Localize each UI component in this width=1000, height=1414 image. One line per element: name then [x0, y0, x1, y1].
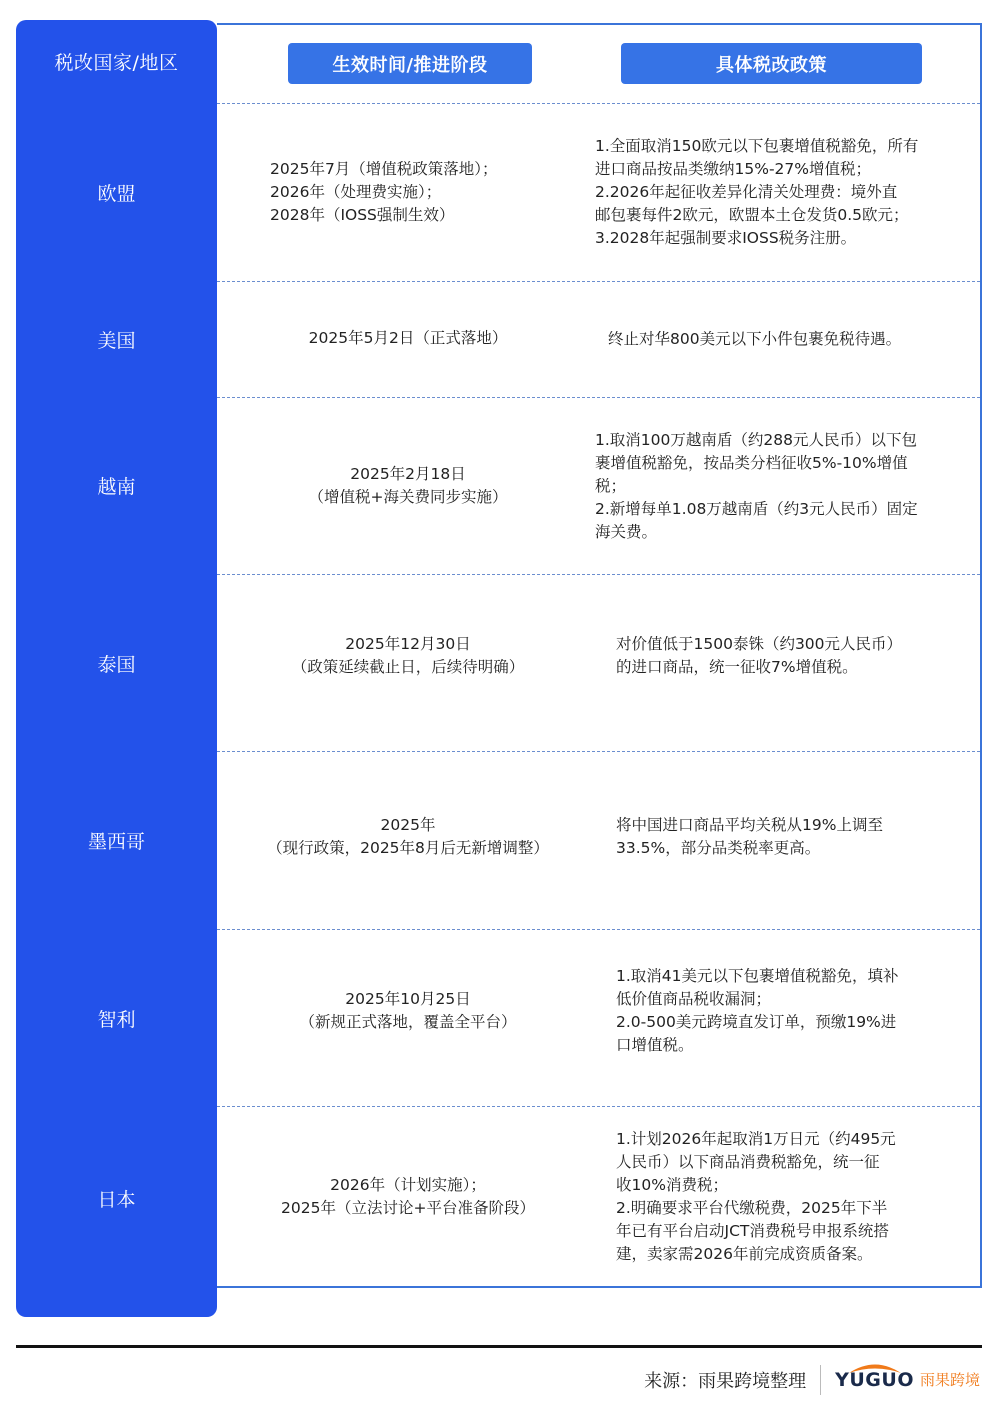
japan-time-cell: 2026年（计划实施）； 2025年（立法讨论+平台准备阶段）	[218, 1107, 598, 1287]
time-line: 2025年7月（增值税政策落地）；	[270, 158, 498, 181]
policy-line: 将中国进口商品平均关税从19%上调至	[616, 814, 976, 837]
policy-column-header: 具体税改政策	[621, 43, 922, 84]
policy-line: 人民币）以下商品消费税豁免，统一征	[616, 1151, 976, 1174]
policy-line: 终止对华800美元以下小件包裹免税待遇。	[608, 328, 978, 351]
yuguo-logo: YUGUO 雨果跨境	[835, 1369, 980, 1391]
policy-line: 1.取消100万越南盾（约288元人民币）以下包	[595, 429, 975, 452]
footer: 来源：雨果跨境整理 YUGUO 雨果跨境	[644, 1362, 980, 1398]
footer-separator	[820, 1365, 821, 1395]
region-vietnam: 越南	[16, 397, 217, 574]
policy-line: 收10%消费税；	[616, 1174, 976, 1197]
time-line: （现行政策，2025年8月后无新增调整）	[267, 837, 549, 860]
policy-line: 低价值商品税收漏洞；	[616, 988, 976, 1011]
thailand-policy-cell: 对价值低于1500泰铢（约300元人民币） 的进口商品，统一征收7%增值税。	[616, 575, 976, 751]
policy-line: 年已有平台启动JCT消费税号申报系统搭	[616, 1220, 976, 1243]
logo-text-cn: 雨果跨境	[920, 1369, 980, 1391]
eu-time-cell: 2025年7月（增值税政策落地）； 2026年（处理费实施）； 2028年（IO…	[218, 104, 598, 281]
time-line: 2025年	[381, 814, 436, 837]
logo-text-en: YUGUO	[835, 1369, 914, 1391]
vietnam-time-cell: 2025年2月18日 （增值税+海关费同步实施）	[218, 398, 598, 574]
region-japan: 日本	[16, 1107, 217, 1290]
mexico-policy-cell: 将中国进口商品平均关税从19%上调至 33.5%，部分品类税率更高。	[616, 752, 976, 929]
thailand-time-cell: 2025年12月30日 （政策延续截止日，后续待明确）	[218, 575, 598, 751]
mexico-time-cell: 2025年 （现行政策，2025年8月后无新增调整）	[218, 752, 598, 929]
region-column-header: 税改国家/地区	[16, 20, 217, 103]
policy-line: 2.明确要求平台代缴税费，2025年下半	[616, 1197, 976, 1220]
chile-policy-cell: 1.取消41美元以下包裹增值税豁免，填补 低价值商品税收漏洞； 2.0-500美…	[616, 930, 976, 1106]
footer-divider	[16, 1345, 982, 1348]
time-line: 2025年（立法讨论+平台准备阶段）	[281, 1197, 535, 1220]
policy-line: 的进口商品，统一征收7%增值税。	[616, 656, 976, 679]
chile-time-cell: 2025年10月25日 （新规正式落地，覆盖全平台）	[218, 930, 598, 1106]
time-line: 2026年（计划实施）；	[330, 1174, 486, 1197]
policy-line: 税；	[595, 475, 975, 498]
region-eu: 欧盟	[16, 103, 217, 281]
time-line: 2028年（IOSS强制生效）	[270, 204, 454, 227]
region-column: 税改国家/地区 欧盟 美国 越南 泰国 墨西哥 智利 日本	[16, 20, 217, 1317]
policy-line: 2.2026年起征收差异化清关处理费：境外直	[595, 181, 975, 204]
policy-line: 口增值税。	[616, 1034, 976, 1057]
policy-line: 33.5%，部分品类税率更高。	[616, 837, 976, 860]
time-line: 2025年2月18日	[350, 463, 466, 486]
time-line: 2025年12月30日	[345, 633, 470, 656]
time-line: 2025年10月25日	[345, 988, 470, 1011]
policy-line: 邮包裹每件2欧元，欧盟本土仓发货0.5欧元；	[595, 204, 975, 227]
policy-line: 进口商品按品类缴纳15%-27%增值税；	[595, 158, 975, 181]
policy-line: 2.新增每单1.08万越南盾（约3元人民币）固定	[595, 498, 975, 521]
source-credit: 来源：雨果跨境整理	[644, 1367, 806, 1393]
japan-policy-cell: 1.计划2026年起取消1万日元（约495元 人民币）以下商品消费税豁免，统一征…	[616, 1107, 976, 1287]
time-line: （政策延续截止日，后续待明确）	[292, 656, 525, 679]
region-mexico: 墨西哥	[16, 752, 217, 929]
policy-line: 建，卖家需2026年前完成资质备案。	[616, 1243, 976, 1266]
policy-line: 2.0-500美元跨境直发订单，预缴19%进	[616, 1011, 976, 1034]
region-us: 美国	[16, 281, 217, 397]
policy-line: 裹增值税豁免，按品类分档征收5%-10%增值	[595, 452, 975, 475]
region-chile: 智利	[16, 929, 217, 1107]
time-line: 2026年（处理费实施）；	[270, 181, 441, 204]
time-line: （新规正式落地，覆盖全平台）	[299, 1011, 516, 1034]
vietnam-policy-cell: 1.取消100万越南盾（约288元人民币）以下包 裹增值税豁免，按品类分档征收5…	[595, 398, 975, 574]
region-thailand: 泰国	[16, 574, 217, 752]
time-column-header: 生效时间/推进阶段	[288, 43, 532, 84]
time-line: 2025年5月2日（正式落地）	[309, 327, 508, 350]
us-policy-cell: 终止对华800美元以下小件包裹免税待遇。	[608, 282, 978, 397]
policy-line: 海关费。	[595, 521, 975, 544]
eu-policy-cell: 1.全面取消150欧元以下包裹增值税豁免，所有 进口商品按品类缴纳15%-27%…	[595, 104, 975, 281]
us-time-cell: 2025年5月2日（正式落地）	[218, 282, 598, 397]
policy-line: 对价值低于1500泰铢（约300元人民币）	[616, 633, 976, 656]
policy-line: 1.取消41美元以下包裹增值税豁免，填补	[616, 965, 976, 988]
time-line: （增值税+海关费同步实施）	[309, 486, 508, 509]
policy-line: 3.2028年起强制要求IOSS税务注册。	[595, 227, 975, 250]
policy-line: 1.全面取消150欧元以下包裹增值税豁免，所有	[595, 135, 975, 158]
policy-line: 1.计划2026年起取消1万日元（约495元	[616, 1128, 976, 1151]
